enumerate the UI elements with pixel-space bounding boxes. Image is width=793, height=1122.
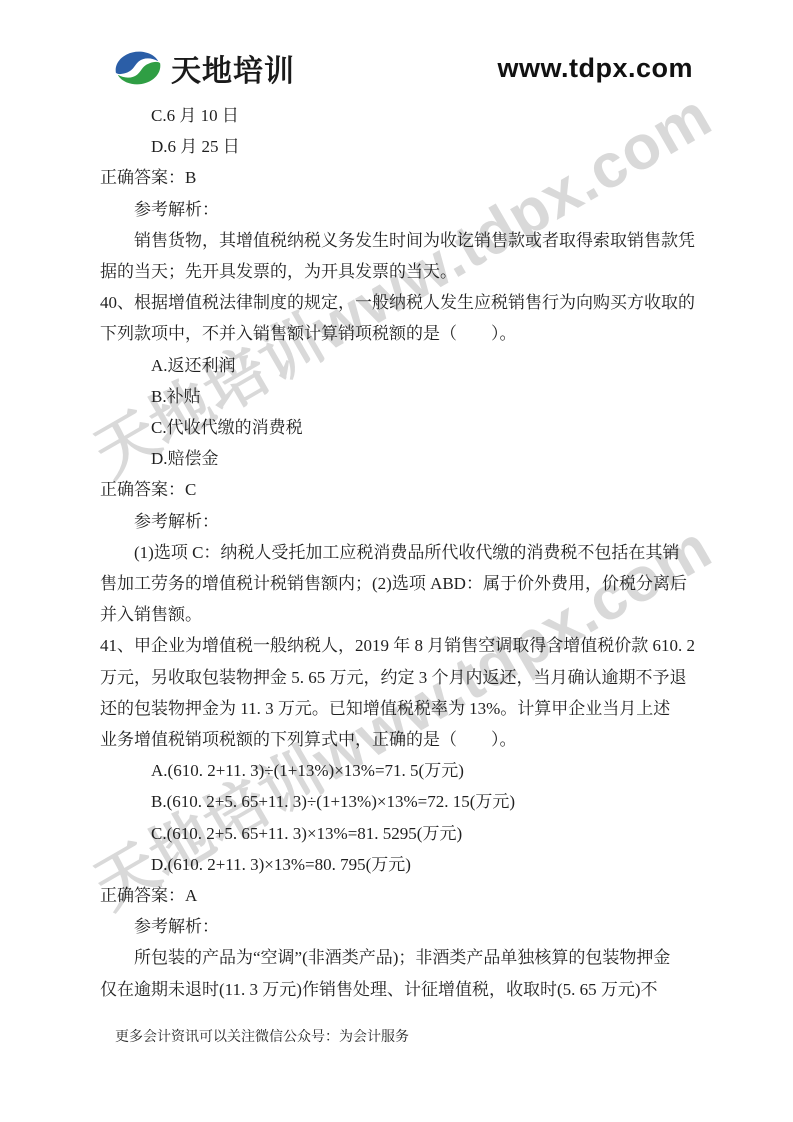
paragraph-line: 并入销售额。 — [100, 599, 696, 630]
paragraph-line: 所包装的产品为“空调”(非酒类产品)；非酒类产品单独核算的包装物押金 — [100, 942, 696, 973]
brand-logo-icon — [113, 48, 163, 88]
paragraph-line: 售加工劳务的增值税计税销售额内；(2)选项 ABD：属于价外费用，价税分离后 — [100, 568, 696, 599]
option-line: D.赔偿金 — [100, 443, 696, 474]
analysis-heading: 参考解析： — [100, 506, 696, 537]
option-line: B.(610. 2+5. 65+11. 3)÷(1+13%)×13%=72. 1… — [100, 786, 696, 817]
analysis-heading: 参考解析： — [100, 194, 696, 225]
page-footer: 更多会计资讯可以关注微信公众号：为会计服务 — [115, 1028, 409, 1048]
paragraph-line: 仅在逾期未退时(11. 3 万元)作销售处理、计征增值税，收取时(5. 65 万… — [100, 974, 696, 1005]
paragraph-line: 万元，另收取包装物押金 5. 65 万元，约定 3 个月内返还，当月确认逾期不予… — [100, 662, 696, 693]
answer-line: 正确答案：A — [100, 880, 696, 911]
paragraph-line: (1)选项 C：纳税人受托加工应税消费品所代收代缴的消费税不包括在其销 — [100, 537, 696, 568]
paragraph-line: 还的包装物押金为 11. 3 万元。已知增值税税率为 13%。计算甲企业当月上述 — [100, 693, 696, 724]
question-line: 41、甲企业为增值税一般纳税人，2019 年 8 月销售空调取得含增值税价款 6… — [100, 630, 696, 661]
option-line: D.6 月 25 日 — [100, 131, 696, 162]
website-url: www.tdpx.com — [497, 53, 693, 84]
option-line: D.(610. 2+11. 3)×13%=80. 795(万元) — [100, 849, 696, 880]
option-line: C.6 月 10 日 — [100, 100, 696, 131]
paragraph-line: 销售货物，其增值税纳税义务发生时间为收讫销售款或者取得索取销售款凭 — [100, 225, 696, 256]
option-line: C.代收代缴的消费税 — [100, 412, 696, 443]
paragraph-line: 下列款项中，不并入销售额计算销项税额的是（ ）。 — [100, 318, 696, 349]
footer-note: 更多会计资讯可以关注微信公众号：为会计服务 — [115, 1030, 409, 1045]
brand: 天地培训 — [113, 46, 295, 90]
document-body: C.6 月 10 日D.6 月 25 日正确答案：B参考解析：销售货物，其增值税… — [100, 100, 696, 1005]
answer-line: 正确答案：B — [100, 162, 696, 193]
answer-line: 正确答案：C — [100, 474, 696, 505]
option-line: C.(610. 2+5. 65+11. 3)×13%=81. 5295(万元) — [100, 818, 696, 849]
paragraph-line: 业务增值税销项税额的下列算式中，正确的是（ ）。 — [100, 724, 696, 755]
document-page: 天地培训www.tdpx.com 天地培训www.tdpx.com 天地培训 w… — [0, 0, 793, 1122]
brand-name: 天地培训 — [171, 46, 295, 90]
option-line: B.补贴 — [100, 381, 696, 412]
option-line: A.返还利润 — [100, 350, 696, 381]
option-line: A.(610. 2+11. 3)÷(1+13%)×13%=71. 5(万元) — [100, 755, 696, 786]
question-line: 40、根据增值税法律制度的规定，一般纳税人发生应税销售行为向购买方收取的 — [100, 287, 696, 318]
paragraph-line: 据的当天；先开具发票的，为开具发票的当天。 — [100, 256, 696, 287]
analysis-heading: 参考解析： — [100, 911, 696, 942]
page-header: 天地培训 www.tdpx.com — [113, 42, 693, 94]
